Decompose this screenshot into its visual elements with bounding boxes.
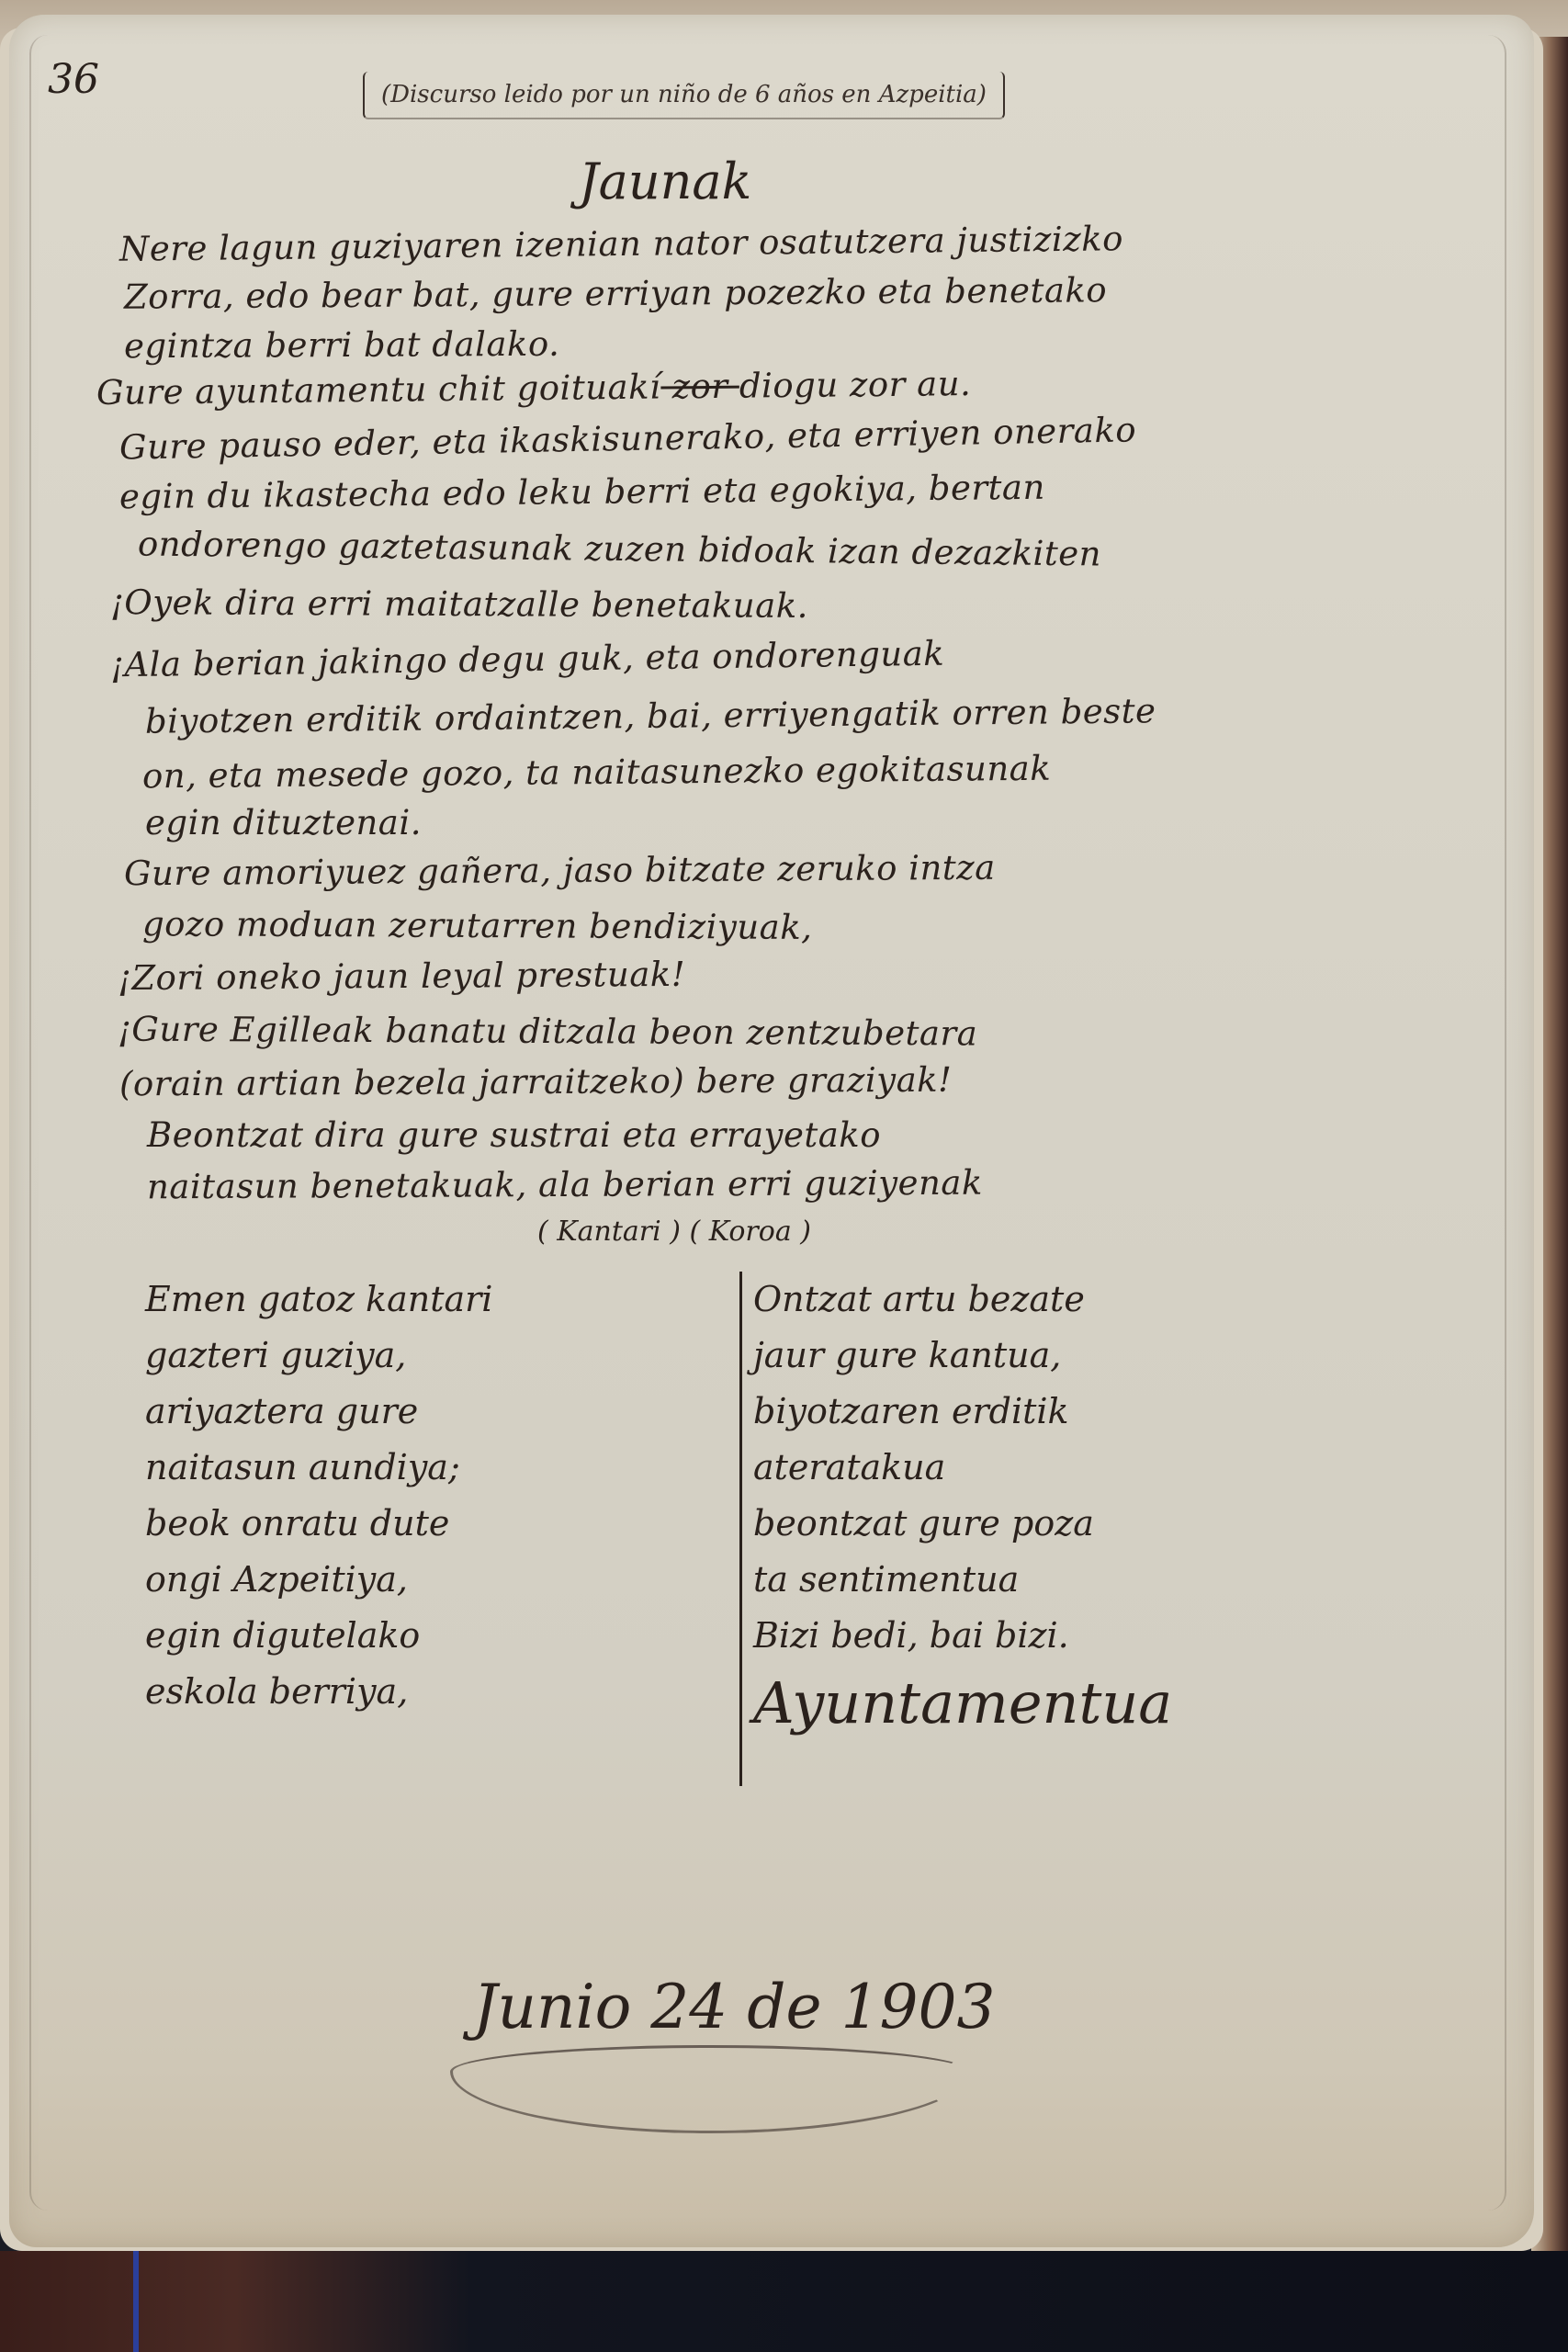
page-number: 36 xyxy=(48,56,99,103)
struck-word: zor xyxy=(660,367,739,407)
verse-line: Bizi bedi, bai bizi. xyxy=(753,1608,1172,1664)
prose-line: Zorra, edo bear bat, gure erriyan pozezk… xyxy=(124,270,1107,316)
prose-text: diogu zor au. xyxy=(739,364,972,406)
verse-line: ateratakua xyxy=(753,1440,1172,1496)
verse-line: gazteri guziya, xyxy=(145,1328,492,1384)
manuscript-page: 36 (Discurso leido por un niño de 6 años… xyxy=(9,15,1534,2247)
prose-text: naitasun benetakuak, ala berian erri guz… xyxy=(147,1163,983,1207)
prose-line: Beontzat dira gure sustrai eta errayetak… xyxy=(147,1115,881,1155)
prose-text: ¡Oyek dira erri maitatzalle benetakuak. xyxy=(110,582,808,626)
verse-line: Emen gatoz kantari xyxy=(145,1272,492,1328)
verse-line: eskola berriya, xyxy=(145,1664,492,1720)
prose-text: egintza berri bat dalako. xyxy=(124,324,560,366)
prose-line: egintza berri bat dalako. xyxy=(124,324,560,366)
verse-column-right: Ontzat artu bezate jaur gure kantua, biy… xyxy=(739,1272,1172,1786)
verse-line: egin digutelako xyxy=(145,1608,492,1664)
page-title: Jaunak xyxy=(579,153,751,210)
verse-line: Ontzat artu bezate xyxy=(753,1272,1172,1328)
prose-line: Gure amoriyuez gañera, jaso bitzate zeru… xyxy=(124,848,996,894)
verse-line: beok onratu dute xyxy=(145,1496,492,1552)
prose-text: ¡Gure Egilleak banatu ditzala beon zentz… xyxy=(118,1010,977,1054)
prose-line: gozo moduan zerutarren bendiziyuak, xyxy=(142,904,813,947)
section-label: ( Kantari ) ( Koroa ) xyxy=(537,1216,811,1248)
prose-text: egin dituztenai. xyxy=(145,803,422,842)
prose-line: naitasun benetakuak, ala berian erri guz… xyxy=(147,1163,983,1207)
prose-line: ¡Gure Egilleak banatu ditzala beon zentz… xyxy=(118,1010,977,1054)
prose-text: Gure amoriyuez gañera, jaso bitzate zeru… xyxy=(124,848,996,894)
prose-line: egin dituztenai. xyxy=(145,803,422,842)
verse-signature: Ayuntamentua xyxy=(753,1669,1172,1736)
background-table xyxy=(0,2251,1568,2352)
verse-line: jaur gure kantua, xyxy=(753,1328,1172,1384)
prose-text: Gure ayuntamentu chit goituakí xyxy=(96,367,661,413)
prose-line: (orain artian bezela jarraitzeko) bere g… xyxy=(119,1060,953,1104)
document-date: Junio 24 de 1903 xyxy=(473,1972,996,2042)
prose-text: (orain artian bezela jarraitzeko) bere g… xyxy=(119,1060,953,1104)
prose-line: on, eta mesede gozo, ta naitasunezko ego… xyxy=(142,749,1052,797)
prose-line: ¡Zori oneko jaun leyal prestuak! xyxy=(118,955,685,998)
blue-object xyxy=(133,2251,139,2352)
prose-text: Zorra, edo bear bat, gure erriyan pozezk… xyxy=(124,270,1107,316)
verse-line: ta sentimentua xyxy=(753,1552,1172,1608)
prose-text: ¡Zori oneko jaun leyal prestuak! xyxy=(118,955,685,998)
prose-text: gozo moduan zerutarren bendiziyuak, xyxy=(142,904,813,947)
verse-line: beontzat gure poza xyxy=(753,1496,1172,1552)
prose-line: ¡Oyek dira erri maitatzalle benetakuak. xyxy=(110,582,808,626)
prose-text: on, eta mesede gozo, ta naitasunezko ego… xyxy=(142,749,1052,797)
prose-text: Beontzat dira gure sustrai eta errayetak… xyxy=(147,1115,881,1155)
verse-column-left: Emen gatoz kantari gazteri guziya, ariya… xyxy=(145,1272,492,1720)
verse-line: biyotzaren erditik xyxy=(753,1384,1172,1440)
verse-line: ongi Azpeitiya, xyxy=(145,1552,492,1608)
header-note: (Discurso leido por un niño de 6 años en… xyxy=(363,72,1005,119)
verse-line: naitasun aundiya; xyxy=(145,1440,492,1496)
verse-line: ariyaztera gure xyxy=(145,1384,492,1440)
